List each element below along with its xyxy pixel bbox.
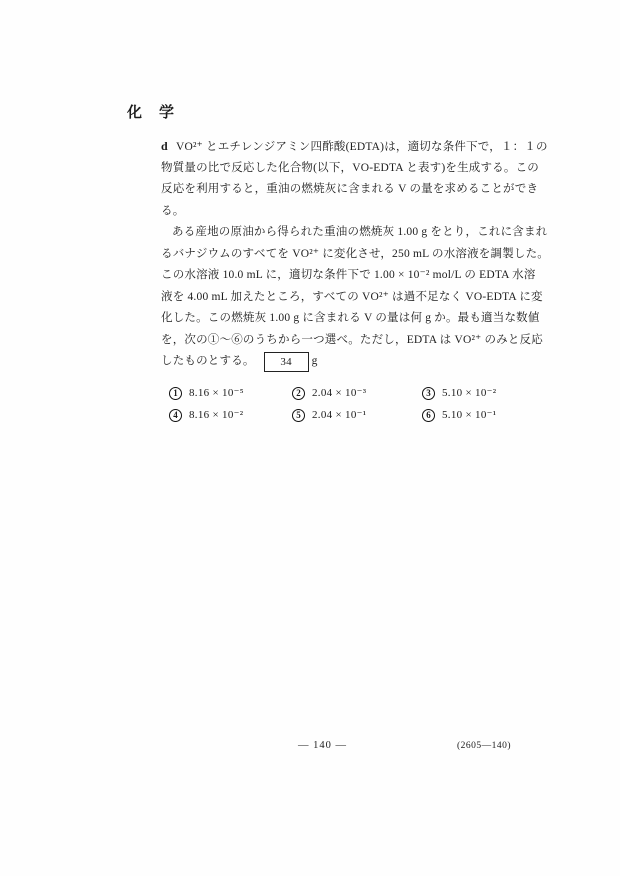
option-5-value: 2.04 × 10⁻¹	[312, 408, 366, 422]
question-line: 物質量の比で反応した化合物(以下，VO-EDTA と表す)を生成する。この	[161, 158, 527, 180]
option-3-value: 5.10 × 10⁻²	[442, 386, 496, 400]
option-6-value: 5.10 × 10⁻¹	[442, 408, 496, 422]
option-6-circled-number: 6	[422, 409, 435, 422]
question-line: この水溶液 10.0 mL に，適切な条件下で 1.00 × 10⁻² mol/…	[161, 265, 527, 287]
option-4: 4 8.16 × 10⁻²	[169, 408, 292, 422]
question-line: ある産地の原油から得られた重油の燃焼灰 1.00 g をとり，これに含まれ	[161, 222, 527, 244]
option-3: 3 5.10 × 10⁻²	[422, 386, 525, 400]
option-1-value: 8.16 × 10⁻⁵	[189, 386, 244, 400]
option-4-circled-number: 4	[169, 409, 182, 422]
question-line: 反応を利用すると，重油の燃焼灰に含まれる V の量を求めることができ	[161, 179, 527, 201]
options-grid: 1 8.16 × 10⁻⁵ 2 2.04 × 10⁻³ 3 5.10 × 10⁻…	[169, 386, 525, 422]
option-2-circled-number: 2	[292, 387, 305, 400]
question-line: したものとする。 34 g	[161, 351, 527, 373]
question-block: dVO²⁺ とエチレンジアミン四酢酸(EDTA)は，適切な条件下で，１：１の 物…	[161, 136, 527, 373]
footer-page-number: — 140 —	[298, 740, 347, 751]
question-line: を，次の①～⑥のうちから一つ選べ。ただし，EDTA は VO²⁺ のみと反応	[161, 330, 527, 352]
exam-page: 化 学 dVO²⁺ とエチレンジアミン四酢酸(EDTA)は，適切な条件下で，１：…	[0, 0, 620, 876]
question-line: 化した。この燃焼灰 1.00 g に含まれる V の量は何 g か。最も適当な数…	[161, 308, 527, 330]
option-4-value: 8.16 × 10⁻²	[189, 408, 243, 422]
option-1-circled-number: 1	[169, 387, 182, 400]
option-5: 5 2.04 × 10⁻¹	[292, 408, 422, 422]
subject-heading: 化 学	[127, 101, 175, 122]
question-line: 液を 4.00 mL 加えたところ，すべての VO²⁺ は過不足なく VO-ED…	[161, 287, 527, 309]
question-text: VO²⁺ とエチレンジアミン四酢酸(EDTA)は，適切な条件下で，１：１の	[176, 141, 548, 153]
question-line: る。	[161, 201, 527, 223]
option-1: 1 8.16 × 10⁻⁵	[169, 386, 292, 400]
option-5-circled-number: 5	[292, 409, 305, 422]
option-6: 6 5.10 × 10⁻¹	[422, 408, 525, 422]
question-label: d	[161, 136, 176, 158]
option-2: 2 2.04 × 10⁻³	[292, 386, 422, 400]
question-text: したものとする。	[161, 351, 255, 373]
answer-number-box: 34	[264, 352, 309, 372]
question-line: dVO²⁺ とエチレンジアミン四酢酸(EDTA)は，適切な条件下で，１：１の	[161, 136, 527, 158]
option-3-circled-number: 3	[422, 387, 435, 400]
answer-unit: g	[312, 351, 318, 373]
option-2-value: 2.04 × 10⁻³	[312, 386, 366, 400]
question-line: るバナジウムのすべてを VO²⁺ に変化させ，250 mL の水溶液を調製した。	[161, 244, 527, 266]
footer-document-code: (2605—140)	[457, 741, 511, 751]
